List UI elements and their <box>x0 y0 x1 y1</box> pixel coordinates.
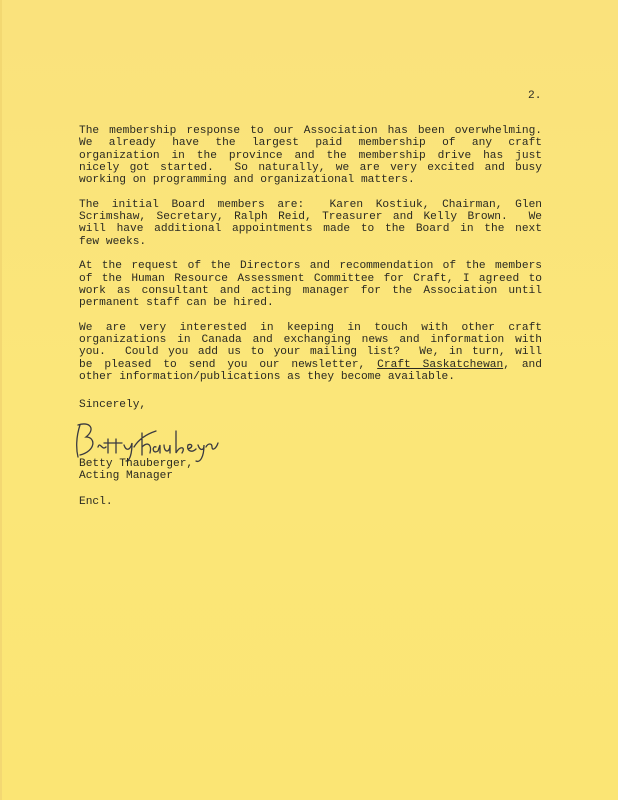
signer-name: Betty Thauberger, <box>79 458 193 470</box>
text-line: organizations in Canada and exchanging n… <box>79 334 542 346</box>
text-line: The initial Board members are: Karen Kos… <box>79 199 542 211</box>
text-line: nicely got started. So naturally, we are… <box>79 162 542 174</box>
text-line: of the Human Resource Assessment Committ… <box>79 273 542 285</box>
closing: Sincerely, <box>79 399 146 411</box>
signature-block: Betty Thauberger, Acting Manager <box>79 458 193 483</box>
text-line: organization in the province and the mem… <box>79 150 542 162</box>
text-line: other information/publications as they b… <box>79 371 542 383</box>
text-line: We are very interested in keeping in tou… <box>79 322 542 334</box>
letter-page: 2. The membership response to our Associ… <box>0 0 618 800</box>
text-line: The membership response to our Associati… <box>79 125 542 137</box>
newsletter-line-prefix: be pleased to send you our newsletter, <box>79 359 365 371</box>
newsletter-line-suffix: , and <box>503 359 542 371</box>
paragraph-board-members: The initial Board members are: Karen Kos… <box>79 199 542 248</box>
enclosure-note: Encl. <box>79 496 113 508</box>
signer-title: Acting Manager <box>79 470 193 482</box>
text-line: At the request of the Directors and reco… <box>79 260 542 272</box>
text-line: work as consultant and acting manager fo… <box>79 285 542 297</box>
paragraph-consultant: At the request of the Directors and reco… <box>79 260 542 309</box>
letter-body: The membership response to our Associati… <box>79 125 542 396</box>
text-line: Scrimshaw, Secretary, Ralph Reid, Treasu… <box>79 211 542 223</box>
text-line: working on programming and organizationa… <box>79 174 542 186</box>
paragraph-keep-in-touch: We are very interested in keeping in tou… <box>79 322 542 383</box>
text-line: will have additional appointments made t… <box>79 223 542 235</box>
paragraph-membership: The membership response to our Associati… <box>79 125 542 186</box>
text-line: We already have the largest paid members… <box>79 137 542 149</box>
newsletter-title: Craft Saskatchewan <box>377 359 503 371</box>
text-line: you. Could you add us to your mailing li… <box>79 346 542 358</box>
text-line: be pleased to send you our newsletter, C… <box>79 359 542 371</box>
text-line: permanent staff can be hired. <box>79 297 542 309</box>
page-number: 2. <box>528 90 541 102</box>
text-line: few weeks. <box>79 236 542 248</box>
